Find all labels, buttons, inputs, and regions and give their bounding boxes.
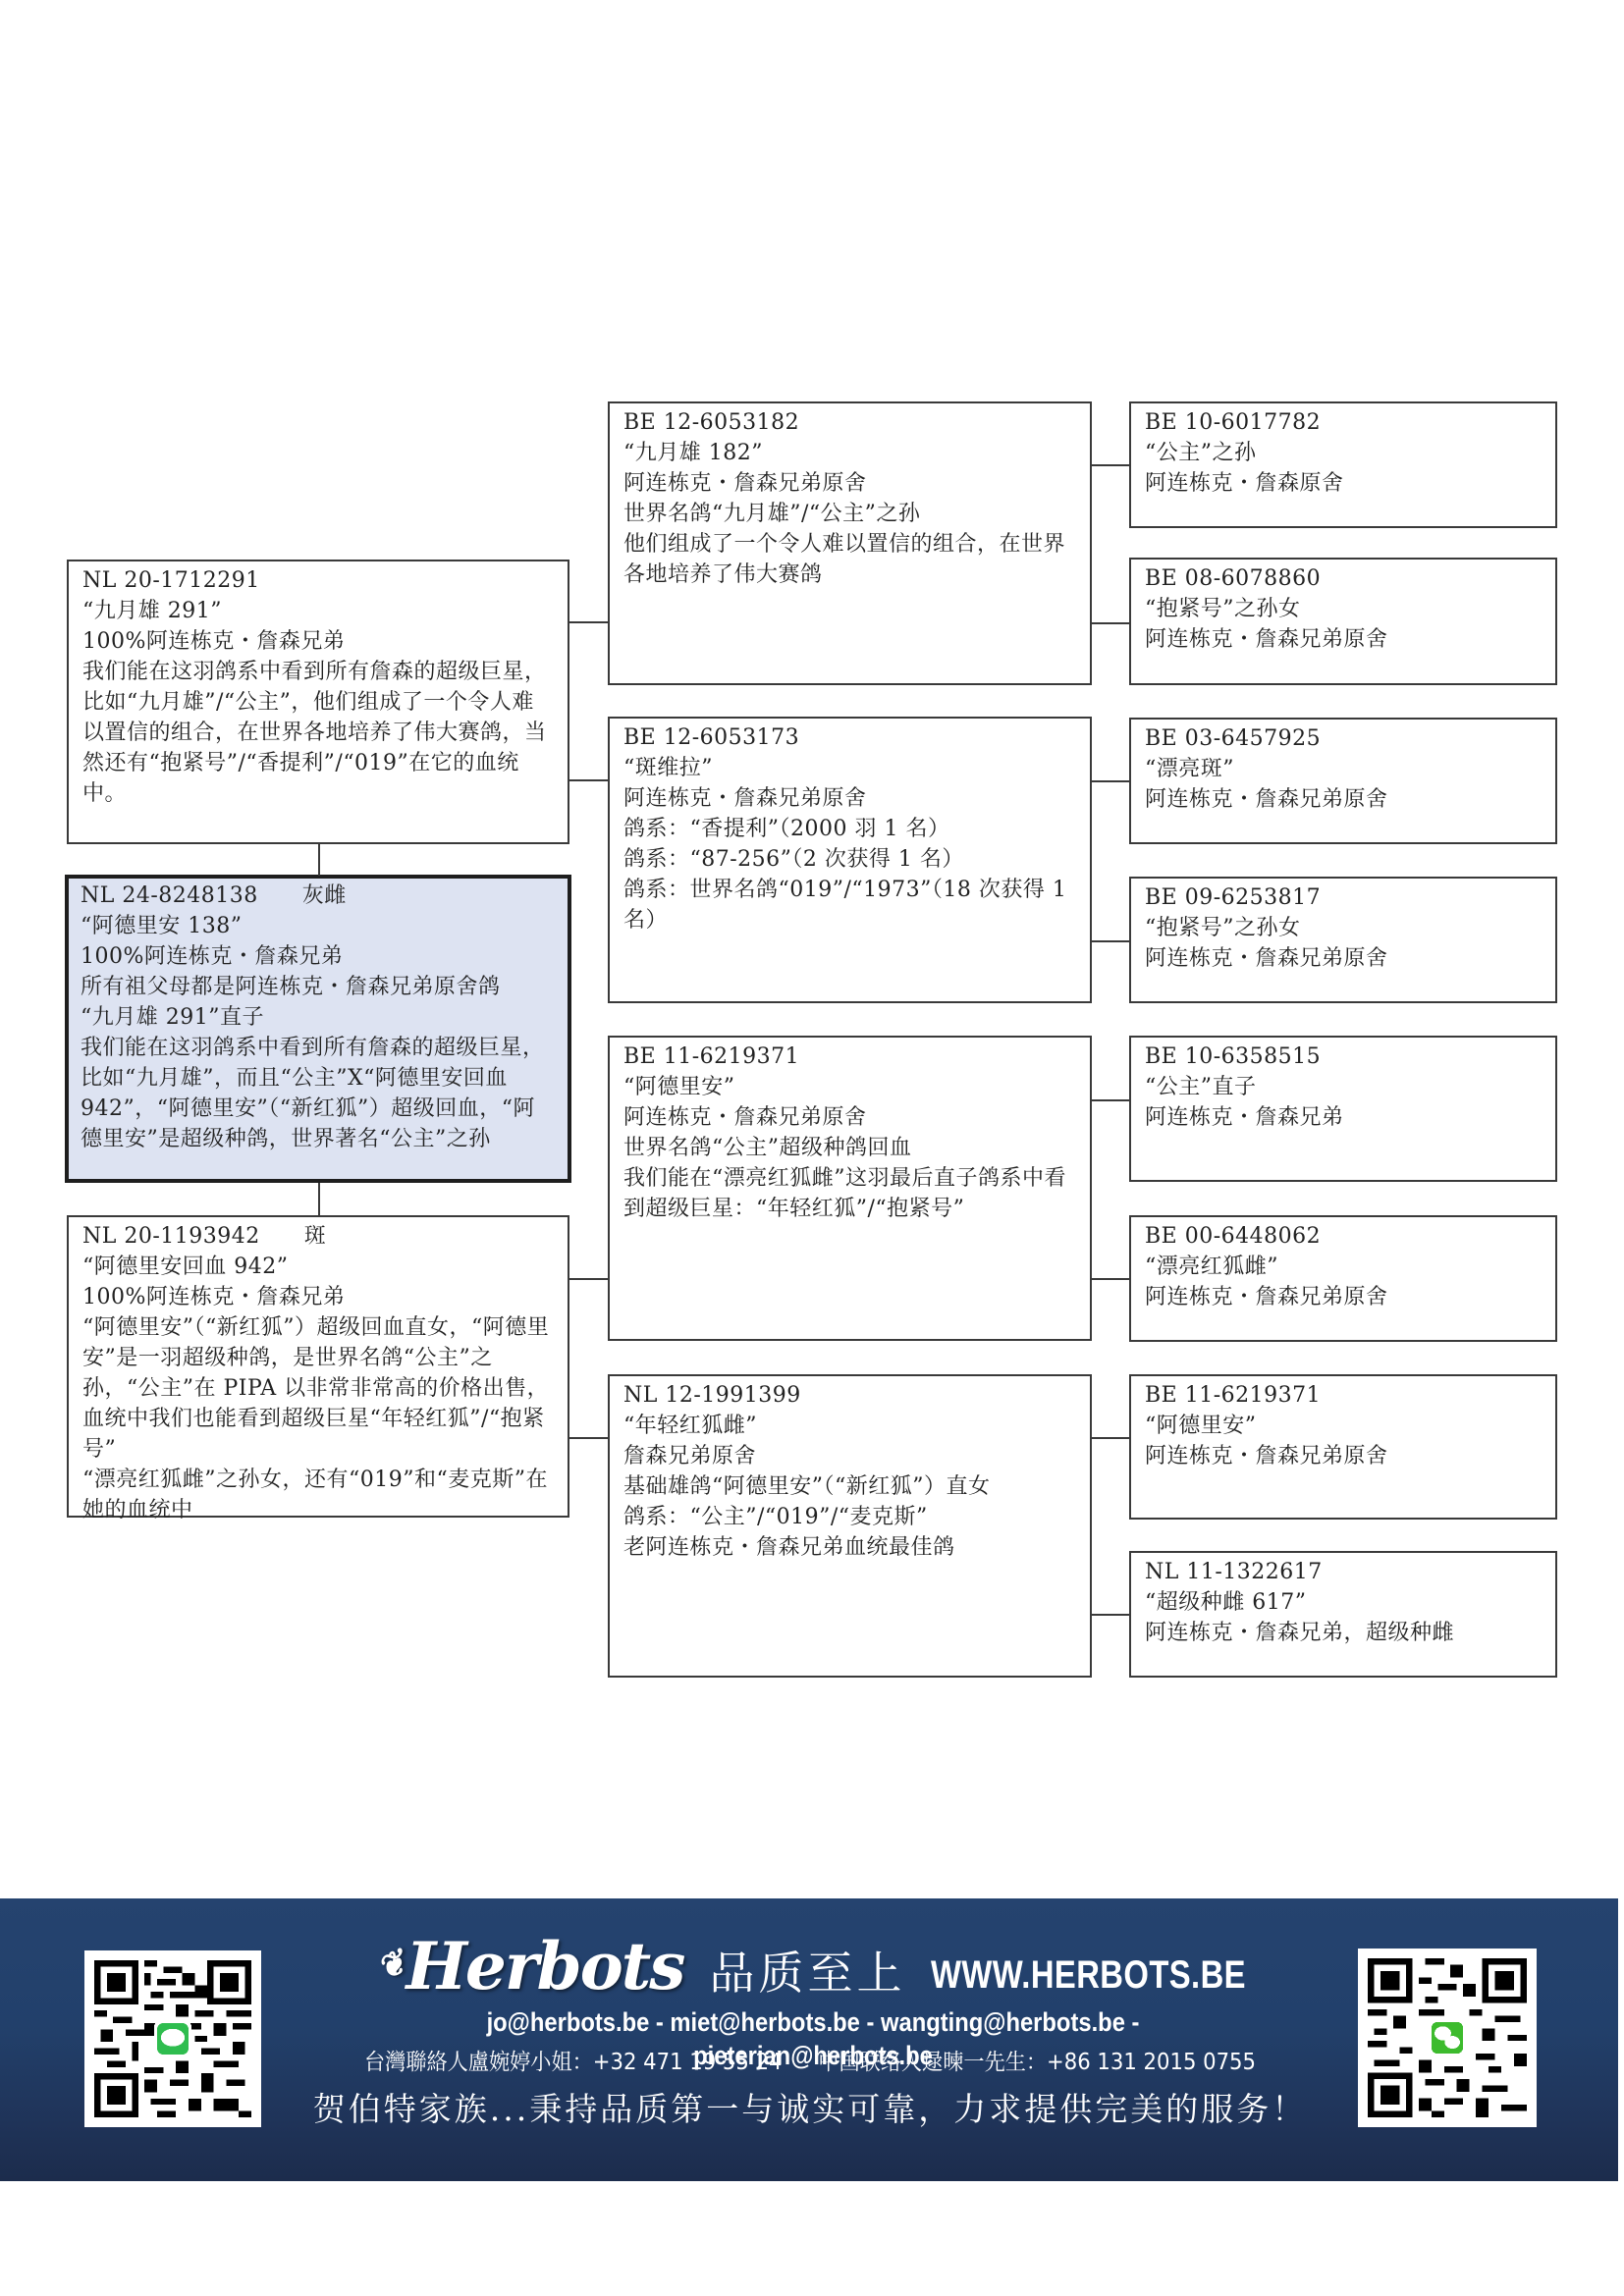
pigeon-detail: 100%阿连栋克・詹森兄弟 — [81, 941, 556, 972]
connector-line — [318, 1183, 320, 1216]
connector-line — [569, 621, 609, 623]
contact-taiwan: 台灣聯絡人盧婉婷小姐：+32 471 19 55 24 — [364, 2050, 782, 2075]
connector-line — [569, 779, 609, 781]
ring-number: NL 24-8248138 灰雌 — [81, 881, 556, 911]
company-motto: 贺伯特家族...秉持品质第一与诚实可靠，力求提供完美的服务！ — [285, 2088, 1335, 2131]
pedigree-sire-sire-box: BE 12-6053182 “九月雄 182” 阿连栋克・詹森兄弟原舍 世界名鸽… — [608, 401, 1092, 685]
wechat-qr-code[interactable] — [1358, 1949, 1537, 2127]
pigeon-detail: 老阿连栋克・詹森兄弟血统最佳鸽 — [623, 1532, 1076, 1563]
pedigree-great-grandparent-box: BE 11-6219371 “阿德里安” 阿连栋克・詹森兄弟原舍 — [1129, 1374, 1557, 1520]
pigeon-detail: 世界名鸽“公主”超级种鸽回血 — [623, 1133, 1076, 1163]
pigeon-name: “九月雄 291” — [82, 596, 554, 626]
pigeon-detail: 我们能在这羽鸽系中看到所有詹森的超级巨星，比如“九月雄”，而且“公主”X“阿德里… — [81, 1033, 556, 1154]
pigeon-detail: 所有祖父母都是阿连栋克・詹森兄弟原舍鸽 — [81, 972, 556, 1002]
pigeon-detail: 世界名鸽“九月雄”/“公主”之孙 — [623, 499, 1076, 529]
pigeon-detail: “九月雄 291”直子 — [81, 1002, 556, 1033]
pedigree-great-grandparent-box: BE 00-6448062 “漂亮红狐雌” 阿连栋克・詹森兄弟原舍 — [1129, 1215, 1557, 1342]
pedigree-great-grandparent-box: BE 03-6457925 “漂亮斑” 阿连栋克・詹森兄弟原舍 — [1129, 718, 1557, 844]
ring-number: NL 20-1712291 — [82, 565, 554, 596]
pigeon-detail: 我们能在“漂亮红狐雌”这羽最后直子鸽系中看到超级巨星：“年轻红狐”/“抱紧号” — [623, 1163, 1076, 1224]
qr-code-icon — [94, 1960, 251, 2117]
pedigree-sire-box: NL 20-1712291 “九月雄 291” 100%阿连栋克・詹森兄弟 我们… — [67, 560, 569, 844]
pigeon-detail: 他们组成了一个令人难以置信的组合，在世界各地培养了伟大赛鸽 — [623, 529, 1076, 590]
pedigree-great-grandparent-box: BE 10-6017782 “公主”之孙 阿连栋克・詹森原舍 — [1129, 401, 1557, 528]
pedigree-sire-dam-box: BE 12-6053173 “斑维拉” 阿连栋克・詹森兄弟原舍 鸽系：“香提利”… — [608, 717, 1092, 1003]
herbots-logo: ❦ Herbots — [378, 1934, 683, 1999]
pedigree-great-grandparent-box: BE 10-6358515 “公主”直子 阿连栋克・詹森兄弟 — [1129, 1036, 1557, 1182]
ring-number: NL 12-1991399 — [623, 1380, 1076, 1411]
pedigree-dam-dam-box: NL 12-1991399 “年轻红狐雌” 詹森兄弟原舍 基础雄鸽“阿德里安”（… — [608, 1374, 1092, 1678]
pigeon-name: “阿德里安 138” — [81, 911, 556, 941]
pigeon-name: “年轻红狐雌” — [623, 1411, 1076, 1441]
pigeon-detail: 阿连栋克・詹森兄弟原舍 — [623, 783, 1076, 814]
pigeon-detail: 阿连栋克・詹森兄弟原舍 — [1145, 624, 1542, 655]
pigeon-detail: 阿连栋克・詹森兄弟原舍 — [1145, 784, 1542, 815]
pigeon-detail: 阿连栋克・詹森原舍 — [1145, 468, 1542, 499]
connector-line — [569, 1437, 609, 1439]
pigeon-name: “抱紧号”之孙女 — [1145, 913, 1542, 943]
pigeon-detail: 阿连栋克・詹森兄弟 — [1145, 1102, 1542, 1133]
pigeon-name: “超级种雌 617” — [1145, 1587, 1542, 1618]
pigeon-detail: 鸽系：“香提利”（2000 羽 1 名） — [623, 814, 1076, 844]
ring-number: NL 20-1193942 斑 — [82, 1221, 554, 1252]
ring-number: BE 09-6253817 — [1145, 882, 1542, 913]
pedigree-great-grandparent-box: BE 09-6253817 “抱紧号”之孙女 阿连栋克・詹森兄弟原舍 — [1129, 877, 1557, 1003]
qr-code-icon — [1368, 1958, 1527, 2117]
pigeon-name: “阿德里安” — [623, 1072, 1076, 1102]
connector-line — [1092, 1278, 1129, 1280]
connector-line — [318, 844, 320, 876]
pedigree-great-grandparent-box: NL 11-1322617 “超级种雌 617” 阿连栋克・詹森兄弟，超级种雌 — [1129, 1551, 1557, 1678]
pigeon-name: “阿德里安” — [1145, 1411, 1542, 1441]
connector-line — [1092, 1437, 1129, 1439]
pigeon-detail: 阿连栋克・詹森兄弟原舍 — [1145, 1282, 1542, 1312]
ring-number: BE 11-6219371 — [1145, 1380, 1542, 1411]
pigeon-detail: 鸽系：“公主”/“019”/“麦克斯” — [623, 1502, 1076, 1532]
pigeon-detail: 阿连栋克・詹森兄弟原舍 — [623, 468, 1076, 499]
pigeon-name: “抱紧号”之孙女 — [1145, 594, 1542, 624]
pigeon-detail: 鸽系：世界名鸽“019”/“1973”（18 次获得 1 名） — [623, 875, 1076, 935]
contact-phones: 台灣聯絡人盧婉婷小姐：+32 471 19 55 24中国联络人逯暕一先生：+8… — [327, 2047, 1293, 2078]
ring-number: BE 03-6457925 — [1145, 723, 1542, 754]
pigeon-detail: 我们能在这羽鸽系中看到所有詹森的超级巨星，比如“九月雄”/“公主”，他们组成了一… — [82, 657, 554, 809]
ring-number: BE 10-6017782 — [1145, 407, 1542, 438]
pigeon-detail: 基础雄鸽“阿德里安”（“新红狐”）直女 — [623, 1471, 1076, 1502]
pigeon-detail: “阿德里安”（“新红狐”）超级回血直女，“阿德里安”是一羽超级种鸽，是世界名鸽“… — [82, 1312, 554, 1465]
pigeon-detail: 阿连栋克・詹森兄弟，超级种雌 — [1145, 1618, 1542, 1648]
pigeon-name: “漂亮斑” — [1145, 754, 1542, 784]
brand-row: ❦ Herbots 品质至上 WWW.HERBOTS.BE — [378, 1930, 1316, 1999]
pedigree-dam-box: NL 20-1193942 斑 “阿德里安回血 942” 100%阿连栋克・詹森… — [67, 1215, 569, 1518]
connector-line — [1092, 1099, 1129, 1101]
ring-number: BE 12-6053182 — [623, 407, 1076, 438]
pigeon-detail: 鸽系：“87-256”（2 次获得 1 名） — [623, 844, 1076, 875]
line-qr-code[interactable] — [84, 1950, 261, 2127]
slogan: 品质至上 — [709, 1948, 905, 1999]
pigeon-detail: 100%阿连栋克・詹森兄弟 — [82, 1282, 554, 1312]
pedigree-great-grandparent-box: BE 08-6078860 “抱紧号”之孙女 阿连栋克・詹森兄弟原舍 — [1129, 558, 1557, 685]
connector-line — [569, 1278, 609, 1280]
connector-line — [1092, 940, 1129, 942]
pigeon-detail: “漂亮红狐雌”之孙女，还有“019”和“麦克斯”在她的血统中 — [82, 1465, 554, 1525]
contact-china: 中国联络人逯暕一先生：+86 131 2015 0755 — [818, 2050, 1256, 2075]
pigeon-detail: 阿连栋克・詹森兄弟原舍 — [1145, 1441, 1542, 1471]
connector-line — [1092, 1614, 1129, 1616]
pigeon-name: “九月雄 182” — [623, 438, 1076, 468]
ring-number: BE 00-6448062 — [1145, 1221, 1542, 1252]
pigeon-name: “阿德里安回血 942” — [82, 1252, 554, 1282]
pigeon-name: “漂亮红狐雌” — [1145, 1252, 1542, 1282]
pigeon-name: “斑维拉” — [623, 753, 1076, 783]
pedigree-subject-box: NL 24-8248138 灰雌 “阿德里安 138” 100%阿连栋克・詹森兄… — [65, 875, 571, 1183]
pigeon-detail: 100%阿连栋克・詹森兄弟 — [82, 626, 554, 657]
pigeon-detail: 阿连栋克・詹森兄弟原舍 — [1145, 943, 1542, 974]
connector-line — [1092, 464, 1129, 466]
connector-line — [1092, 622, 1129, 624]
pedigree-dam-sire-box: BE 11-6219371 “阿德里安” 阿连栋克・詹森兄弟原舍 世界名鸽“公主… — [608, 1036, 1092, 1341]
ring-number: NL 11-1322617 — [1145, 1557, 1542, 1587]
ring-number: BE 08-6078860 — [1145, 563, 1542, 594]
pigeon-detail: 詹森兄弟原舍 — [623, 1441, 1076, 1471]
pigeon-detail: 阿连栋克・詹森兄弟原舍 — [623, 1102, 1076, 1133]
connector-line — [1092, 780, 1129, 782]
ring-number: BE 12-6053173 — [623, 722, 1076, 753]
pigeon-name: “公主”直子 — [1145, 1072, 1542, 1102]
pigeon-name: “公主”之孙 — [1145, 438, 1542, 468]
ring-number: BE 11-6219371 — [623, 1041, 1076, 1072]
website-link[interactable]: WWW.HERBOTS.BE — [931, 1951, 1246, 1999]
ring-number: BE 10-6358515 — [1145, 1041, 1542, 1072]
logo-text: Herbots — [406, 1934, 684, 1999]
